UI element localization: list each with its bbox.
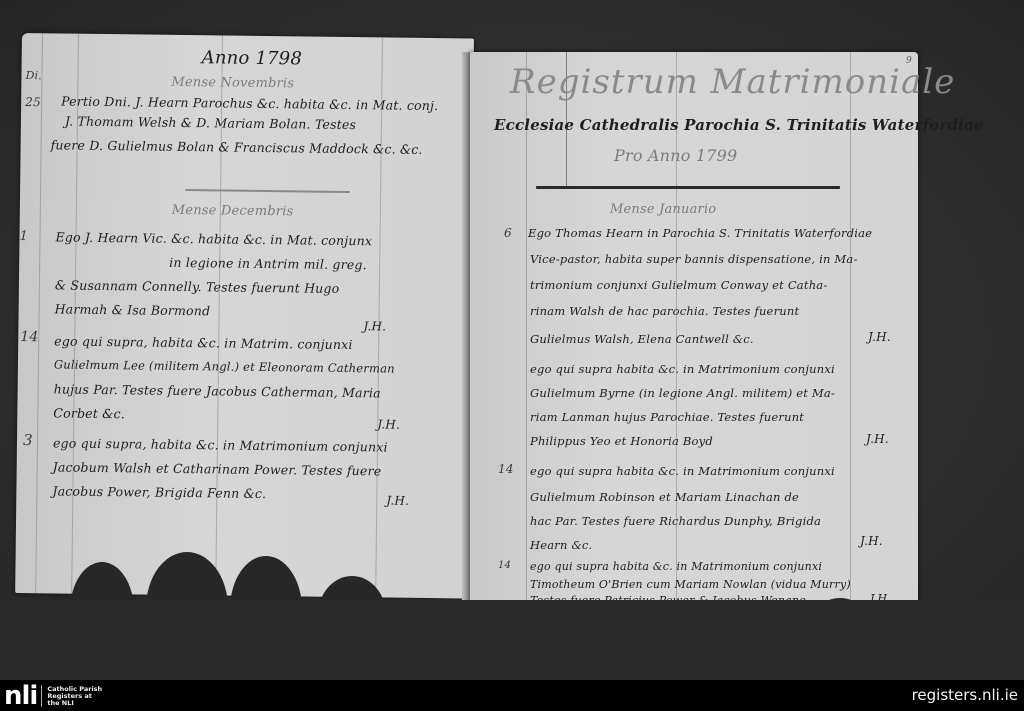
entry-line: ego qui supra habita &c. in Matrimonium …: [530, 362, 835, 376]
entry-line: ego qui supra, habita &c. in Matrimonium…: [53, 435, 388, 454]
month-heading: Mense Januario: [610, 202, 716, 217]
ruled-line: [850, 52, 851, 608]
left-page: Anno 1798 Mense Novembris Di. 25 Pertio …: [15, 33, 474, 598]
page-heading-year: Anno 1798: [202, 47, 303, 69]
margin-note: Di.: [25, 69, 42, 82]
logo-caption-line: the NLI: [47, 699, 73, 707]
entry-day: 14: [498, 560, 511, 571]
entry-line: Jacobus Power, Brigida Fenn &c.: [52, 483, 266, 501]
entry-line: Ego Thomas Hearn in Parochia S. Trinitat…: [528, 226, 872, 240]
entry-line: ego qui supra habita &c. in Matrimonium …: [530, 560, 822, 573]
entry-line: & Susannam Connelly. Testes fuerunt Hugo: [55, 277, 340, 295]
entry-line: J. Thomam Welsh & D. Mariam Bolan. Teste…: [65, 114, 356, 133]
entry-line: hujus Par. Testes fuere Jacobus Catherma…: [54, 381, 381, 400]
nli-logo[interactable]: nli Catholic Parish Registers at the NLI: [4, 684, 102, 708]
entry-line: ego qui supra, habita &c. in Matrim. con…: [54, 333, 353, 352]
entry-line: rinam Walsh de hac parochia. Testes fuer…: [530, 304, 799, 318]
entry-day: 14: [498, 462, 514, 476]
register-title: Registrum Matrimoniale: [510, 62, 955, 102]
month-heading: Mense Novembris: [171, 75, 294, 91]
site-link[interactable]: registers.nli.ie: [912, 686, 1018, 704]
entry-initials: J.H.: [363, 319, 386, 333]
entry-day: 25: [25, 95, 41, 109]
entry-line: Pertio Dni. J. Hearn Parochus &c. habita…: [61, 93, 438, 113]
entry-line: Gulielmum Byrne (in legione Angl. milite…: [530, 386, 835, 400]
entry-line: Jacobum Walsh et Catharinam Power. Teste…: [53, 459, 382, 478]
entry-line: Gulielmum Robinson et Mariam Linachan de: [530, 490, 799, 504]
entry-day: 3: [23, 431, 33, 449]
entry-line: Timotheum O'Brien cum Mariam Nowlan (vid…: [530, 578, 851, 591]
entry-line: fuere D. Gulielmus Bolan & Franciscus Ma…: [51, 137, 423, 157]
entry-day: 1: [19, 229, 28, 244]
register-image-viewer[interactable]: Anno 1798 Mense Novembris Di. 25 Pertio …: [0, 0, 1024, 680]
entry-initials: J.H.: [386, 493, 409, 507]
entry-line: Hearn &c.: [530, 538, 592, 552]
logo-caption: Catholic Parish Registers at the NLI: [47, 686, 102, 707]
entry-line: Gulielmum Lee (militem Angl.) et Eleonor…: [54, 357, 395, 375]
entry-line: Gulielmus Walsh, Elena Cantwell &c.: [530, 332, 754, 346]
section-divider: [185, 189, 350, 193]
entry-line: hac Par. Testes fuere Richardus Dunphy, …: [530, 514, 821, 528]
entry-initials: J.H.: [866, 432, 889, 446]
entry-line: Corbet &c.: [53, 405, 125, 421]
table-surface: [0, 600, 1024, 680]
entry-day: 14: [20, 329, 38, 345]
entry-initials: J.H.: [860, 534, 883, 548]
entry-line: ego qui supra habita &c. in Matrimonium …: [530, 464, 835, 478]
month-heading: Mense Decembris: [172, 203, 294, 219]
footer-bar: nli Catholic Parish Registers at the NLI…: [0, 680, 1024, 711]
margin-rule: [526, 52, 527, 608]
margin-rule: [35, 33, 43, 593]
logo-divider: [41, 685, 42, 707]
entry-initials: J.H.: [377, 417, 400, 431]
register-subtitle: Ecclesiae Cathedralis Parochia S. Trinit…: [494, 116, 984, 134]
entry-day: 6: [504, 226, 512, 240]
entry-line: Philippus Yeo et Honoria Boyd: [530, 434, 713, 448]
entry-line: Vice-pastor, habita super bannis dispens…: [530, 252, 858, 266]
ruled-line: [375, 37, 383, 597]
nli-logo-mark: nli: [4, 684, 37, 708]
entry-line: Ego J. Hearn Vic. &c. habita &c. in Mat.…: [55, 229, 372, 248]
entry-line: riam Lanman hujus Parochiae. Testes fuer…: [530, 410, 804, 424]
entry-initials: J.H.: [868, 330, 891, 344]
entry-line: trimonium conjunxi Gulielmum Conway et C…: [530, 278, 827, 292]
register-year: Pro Anno 1799: [614, 146, 737, 165]
entry-line: Harmah & Isa Bormond: [55, 301, 211, 318]
entry-line: in legione in Antrim mil. greg.: [169, 255, 367, 272]
title-divider: [536, 186, 840, 189]
